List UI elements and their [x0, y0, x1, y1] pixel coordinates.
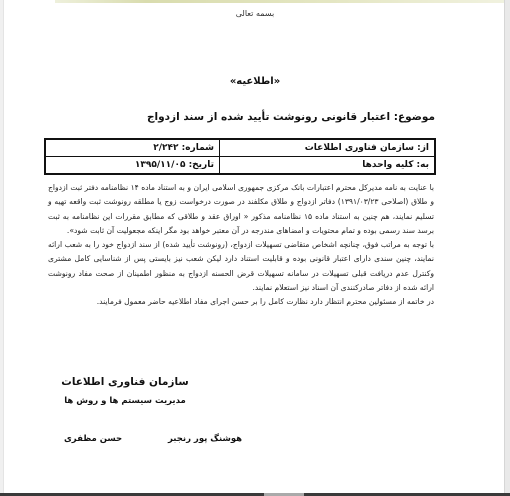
- header-info-table: از: سازمان فناوری اطلاعات شماره: ۲/۲۴۲ ب…: [44, 138, 436, 175]
- table-row: از: سازمان فناوری اطلاعات شماره: ۲/۲۴۲: [45, 139, 435, 157]
- signer-name-1: هوشنگ پور رنجبر: [168, 434, 242, 444]
- signer-name-2: حسن مظفری: [64, 434, 122, 444]
- table-row: به: کلیه واحدها تاریخ: ۱۳۹۵/۱۱/۰۵: [45, 157, 435, 175]
- paragraph-3: در خاتمه از مسئولین محترم انتظار دارد نظ…: [48, 295, 434, 309]
- number-cell: شماره: ۲/۲۴۲: [45, 139, 220, 157]
- from-cell: از: سازمان فناوری اطلاعات: [220, 139, 436, 157]
- basmala-heading: بسمه تعالی: [0, 9, 510, 18]
- notice-title: «اطلاعیه»: [0, 76, 510, 87]
- signature-organization: سازمان فناوری اطلاعات: [60, 376, 190, 388]
- to-cell: به: کلیه واحدها: [220, 157, 436, 175]
- document-page: بسمه تعالی «اطلاعیه» موضوع: اعتبار قانون…: [0, 0, 505, 493]
- paragraph-2: با توجه به مراتب فوق، چنانچه اشخاص متقاض…: [48, 238, 434, 295]
- paragraph-1: با عنایت به نامه مدیرکل محترم اعتبارات ب…: [48, 181, 434, 238]
- body-text: با عنایت به نامه مدیرکل محترم اعتبارات ب…: [48, 181, 434, 310]
- date-cell: تاریخ: ۱۳۹۵/۱۱/۰۵: [45, 157, 220, 175]
- subject-line: موضوع: اعتبار قانونی رونوشت تأیید شده از…: [147, 111, 435, 123]
- signature-department: مدیریت سیستم ها و روش ها: [60, 396, 190, 406]
